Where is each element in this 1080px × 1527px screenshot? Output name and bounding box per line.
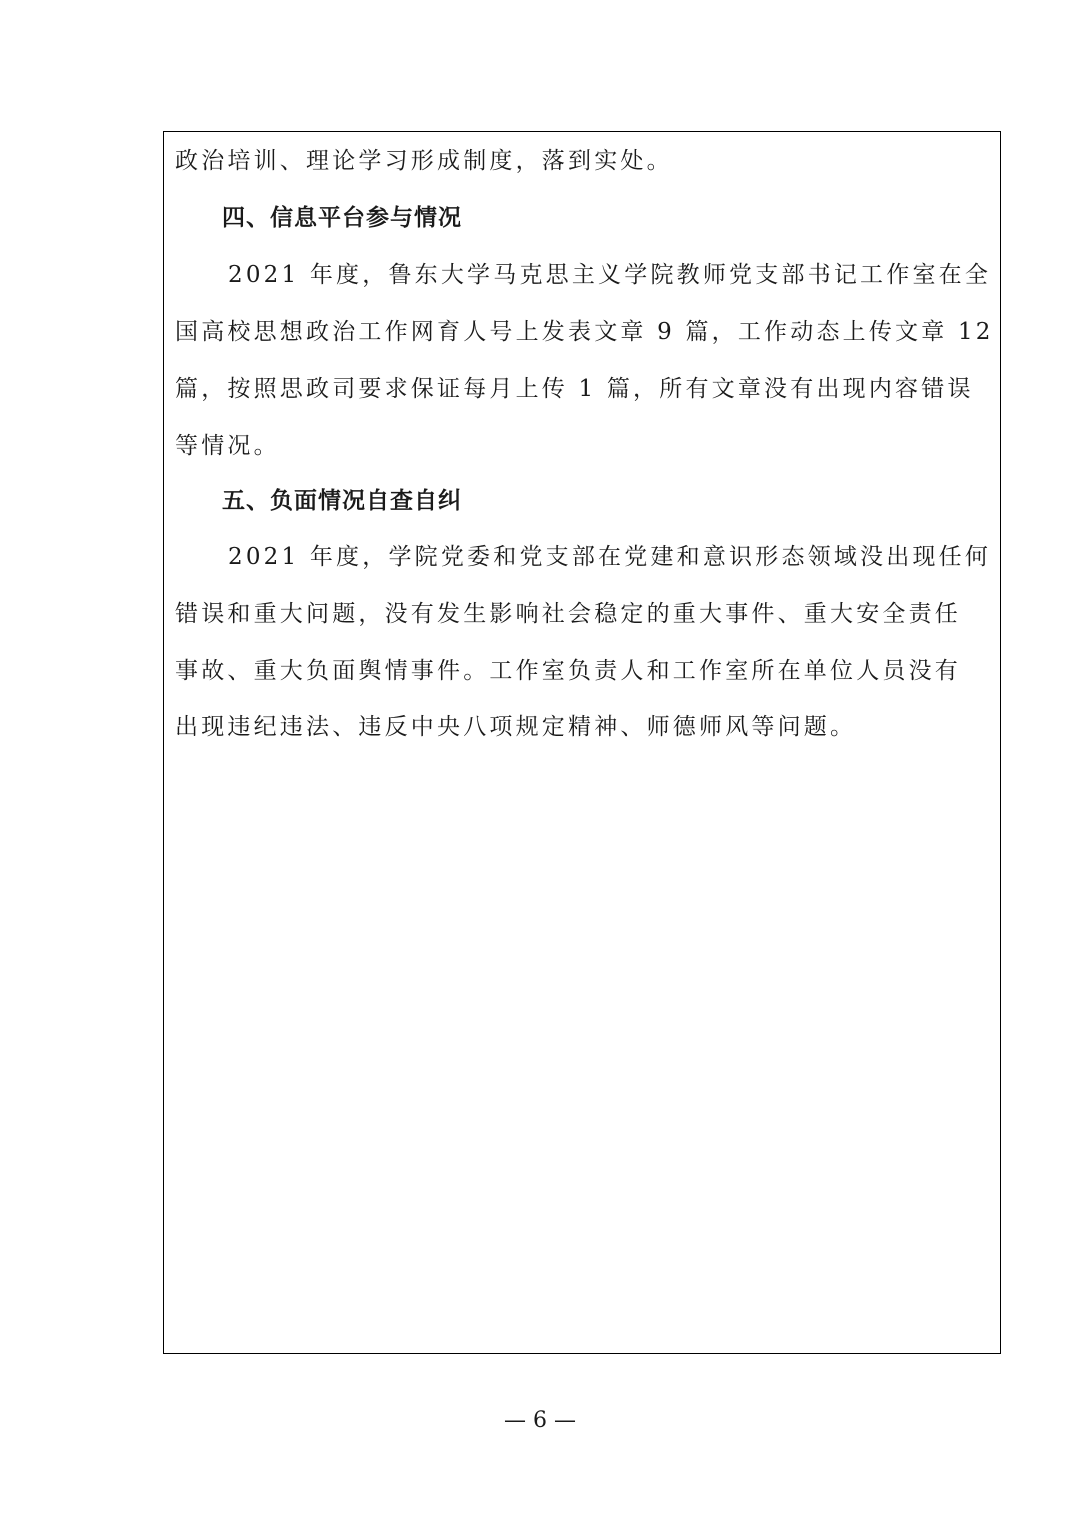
section-4-heading: 四、信息平台参与情况 xyxy=(222,203,462,233)
section-5-paragraph-line: 2021 年度，学院党委和党支部在党建和意识形态领域没出现任何 xyxy=(228,542,991,572)
section-5-heading: 五、负面情况自查自纠 xyxy=(222,486,462,516)
section-4-paragraph-line: 篇，按照思政司要求保证每月上传 1 篇，所有文章没有出现内容错误 xyxy=(175,374,974,404)
section-5-paragraph-line: 事故、重大负面舆情事件。工作室负责人和工作室所在单位人员没有 xyxy=(175,656,961,686)
section-4-paragraph-line: 2021 年度，鲁东大学马克思主义学院教师党支部书记工作室在全 xyxy=(228,260,991,290)
section-4-paragraph-line: 等情况。 xyxy=(175,431,280,461)
continuation-text: 政治培训、理论学习形成制度，落到实处。 xyxy=(175,146,673,176)
section-4-paragraph-line: 国高校思想政治工作网育人号上发表文章 9 篇，工作动态上传文章 12 xyxy=(175,317,994,347)
section-5-paragraph-line: 错误和重大问题，没有发生影响社会稳定的重大事件、重大安全责任 xyxy=(175,599,961,629)
content-table-cell xyxy=(163,131,1001,1354)
section-5-paragraph-line: 出现违纪违法、违反中央八项规定精神、师德师风等问题。 xyxy=(175,712,856,742)
page-number: — 6 — xyxy=(0,1408,1080,1433)
